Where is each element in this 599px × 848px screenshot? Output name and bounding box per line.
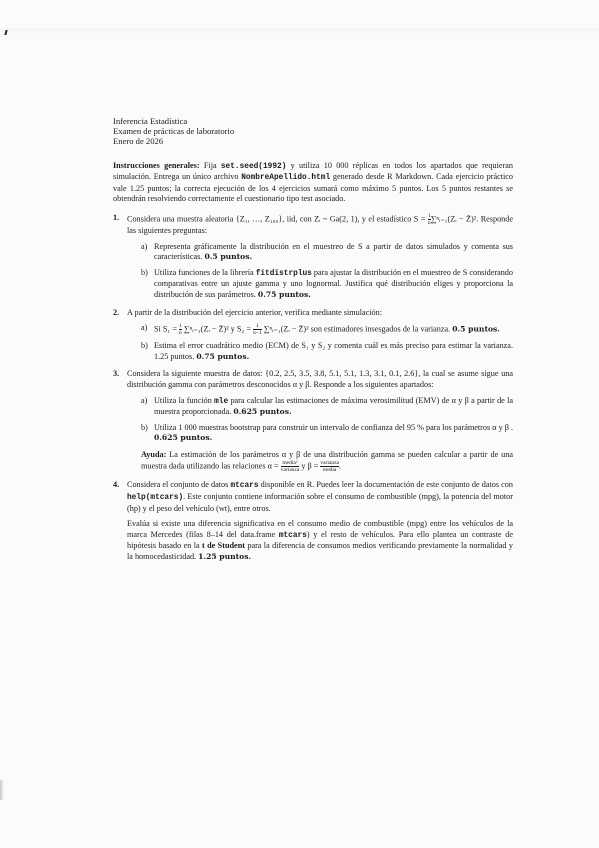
exercise-number: 3.: [113, 369, 119, 380]
points: 0.625 puntos.: [154, 433, 212, 442]
help-label: Ayuda:: [141, 450, 166, 459]
exercise-number: 1.: [113, 213, 119, 224]
exercise-3-help: Ayuda: La estimación de los parámetros α…: [141, 450, 513, 474]
file-name-code: NombreApellido.html: [241, 174, 330, 182]
exercise-4: 4. Considera el conjunto de datos mtcars…: [113, 480, 513, 562]
exercise-1b: b) Utiliza funciones de la librería fitd…: [141, 268, 513, 301]
seed-code: set.seed(1992): [221, 163, 287, 171]
exam-date: Enero de 2026: [113, 136, 513, 146]
fraction: media²varianza: [281, 460, 300, 473]
course-title: Inferencia Estadística: [113, 116, 513, 126]
fraction: 1n−1: [253, 323, 262, 336]
scan-shadow-left: [0, 780, 4, 800]
exercise-number: 4.: [113, 480, 119, 491]
package-code: fitdistrplus: [256, 270, 312, 278]
points: 0.5 puntos.: [452, 325, 500, 334]
dataset-code: mtcars: [279, 532, 307, 540]
exercise-1a: a) Representa gráficamente la distribuci…: [141, 242, 513, 263]
exercise-3: 3. Considera la siguiente muestra de dat…: [113, 369, 513, 473]
scan-shadow-top: [0, 28, 599, 34]
general-instructions: Instrucciones generales: Fija set.seed(1…: [113, 161, 513, 205]
exam-page: Inferencia Estadística Examen de práctic…: [113, 116, 513, 570]
exercise-3b: b) Utiliza 1 000 muestras bootstrap para…: [141, 423, 513, 444]
points: 0.5 puntos.: [204, 252, 252, 261]
fraction: varianzamedia: [320, 460, 339, 473]
exercise-1: 1. Considera una muestra aleatoria {Z₁, …: [113, 213, 513, 301]
exercise-2a: a) Si S₁ = 1n ∑ⁿᵢ₌₁(Zᵢ − Z̄)² y S₂ = 1n−…: [141, 323, 513, 336]
points: 0.75 puntos.: [196, 352, 249, 361]
exam-title: Examen de prácticas de laboratorio: [113, 126, 513, 136]
exercise-3a: a) Utiliza la función mle para calcular …: [141, 396, 513, 418]
exercise-number: 2.: [113, 308, 119, 319]
dataset-code: mtcars: [230, 482, 258, 490]
exercise-2b: b) Estima el error cuadrático medio (ECM…: [141, 341, 513, 362]
exam-header: Inferencia Estadística Examen de práctic…: [113, 116, 513, 147]
t-student-label: t de Student: [202, 541, 245, 550]
points: 1.25 puntos.: [198, 552, 251, 561]
instructions-label: Instrucciones generales:: [113, 161, 200, 170]
points: 0.75 puntos.: [258, 290, 311, 299]
help-code: help(mtcars): [127, 494, 183, 502]
exercise-2: 2. A partir de la distribución del ejerc…: [113, 308, 513, 363]
points: 0.625 puntos.: [233, 407, 291, 416]
function-code: mle: [214, 398, 228, 406]
exercise-4-task: Evalúa si existe una diferencia signific…: [127, 519, 513, 562]
